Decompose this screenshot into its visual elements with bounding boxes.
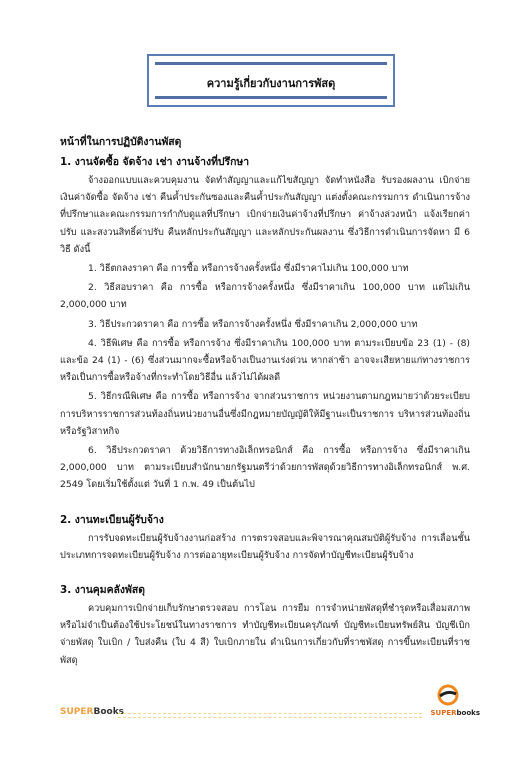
footer-brand-left: SUPERBooks bbox=[60, 707, 124, 717]
method-item: 3. วิธีประกวดราคา คือ การซื้อ หรือการจ้า… bbox=[60, 316, 470, 333]
main-heading: หน้าที่ในการปฏิบัติงานพัสดุ bbox=[60, 132, 470, 152]
section-3-body: ควบคุมการเบิกจ่ายเก็บรักษาตรวจสอบ การโอน… bbox=[60, 600, 470, 669]
section-3-heading: 3. งานคุมคลังพัสดุ bbox=[60, 580, 470, 600]
footer-divider bbox=[118, 713, 422, 718]
title-box: ความรู้เกี่ยวกับงานการพัสดุ bbox=[147, 54, 395, 107]
section-2-body: การรับจดทะเบียนผู้รับจ้างงานก่อสร้าง การ… bbox=[60, 530, 470, 564]
title-rule-bottom bbox=[155, 96, 387, 99]
method-item: 5. วิธีกรณีพิเศษ คือ การซื้อ หรือการจ้าง… bbox=[60, 388, 470, 440]
document-body: หน้าที่ในการปฏิบัติงานพัสดุ 1. งานจัดซื้… bbox=[60, 132, 470, 669]
page-title: ความรู้เกี่ยวกับงานการพัสดุ bbox=[149, 74, 393, 92]
title-rule-top bbox=[155, 62, 387, 65]
method-item: 2. วิธีสอบราคา คือ การซื้อ หรือการจ้างคร… bbox=[60, 279, 470, 313]
footer-brand-right: SUPERbooks bbox=[431, 709, 480, 717]
page-footer: SUPERBooks SUPERbooks bbox=[60, 707, 480, 721]
method-item: 4. วิธีพิเศษ คือ การซื้อ หรือการจ้าง ซึ่… bbox=[60, 335, 470, 387]
section-2-heading: 2. งานทะเบียนผู้รับจ้าง bbox=[60, 510, 470, 530]
method-item: 6. วิธีประกวดราคา ด้วยวิธีการทางอิเล็กทร… bbox=[60, 442, 470, 494]
section-1-heading: 1. งานจัดซื้อ จัดจ้าง เช่า งานจ้างที่ปรึ… bbox=[60, 152, 470, 172]
section-1-intro: จ้างออกแบบและควบคุมงาน จัดทำสัญญาและแก้ไ… bbox=[60, 172, 470, 258]
superbooks-logo-icon bbox=[437, 684, 459, 706]
method-item: 1. วิธีตกลงราคา คือ การซื้อ หรือการจ้างค… bbox=[60, 260, 470, 277]
